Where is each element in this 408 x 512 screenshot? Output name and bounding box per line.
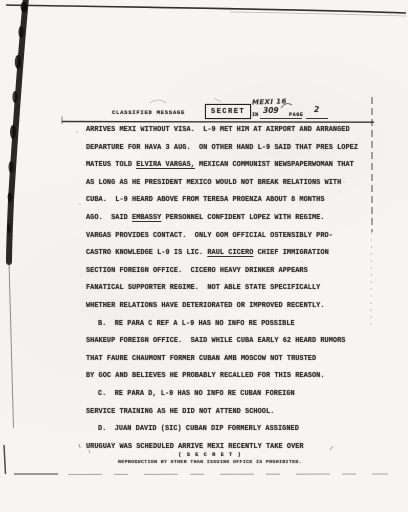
page-footer: ( S E C R E T ) REPRODUCTION BY OTHER TH… xyxy=(55,452,365,467)
cable-line-para-b: B. RE PARA C REF A L-9 HAS NO INFO RE PO… xyxy=(86,316,378,334)
reproduction-notice: REPRODUCTION BY OTHER THAN ISSUING OFFIC… xyxy=(55,459,365,467)
in-label: IN xyxy=(252,112,258,118)
underlined-word: EMBASSY xyxy=(132,214,161,222)
footer-classification: ( S E C R E T ) xyxy=(55,452,365,459)
page-number: 2 xyxy=(314,105,319,114)
in-number-underline xyxy=(260,118,302,119)
cable-line: DEPARTURE FOR HAVA 3 AUG. ON OTHER HAND … xyxy=(86,140,378,158)
scanned-cable-page: CLASSIFIED MESSAGE SECRET MEXI 16 IN 309… xyxy=(0,0,408,512)
cable-line: CASTRO KNOWLEDGE L-9 IS LIC. RAUL CICERO… xyxy=(86,245,378,263)
underlined-name: RAUL CICERO xyxy=(207,249,253,257)
cable-line: SERVICE TRAINING AS HE DID NOT ATTEND SC… xyxy=(86,404,378,422)
cable-line: AGO. SAID EMBASSY PERSONNEL CONFIDENT LO… xyxy=(86,210,378,228)
cable-line-para-c: C. RE PARA D, L-9 HAS NO INFO RE CUBAN F… xyxy=(86,386,378,404)
cable-line: FANATICAL SUPPORTER REGIME. NOT ABLE STA… xyxy=(86,280,378,298)
cable-line: SHAKEUP FOREIGN OFFICE. SAID WHILE CUBA … xyxy=(86,333,378,351)
cable-line: WHETHER RELATIONS HAVE DETERIORATED OR I… xyxy=(86,298,378,316)
cable-line: ARRIVES MEXI WITHOUT VISA. L-9 MET HIM A… xyxy=(86,122,378,140)
cable-line: SECTION FOREIGN OFFICE. CICERO HEAVY DRI… xyxy=(86,263,378,281)
cable-body: ARRIVES MEXI WITHOUT VISA. L-9 MET HIM A… xyxy=(86,122,378,456)
in-number: 309 xyxy=(263,106,279,115)
cable-line: AS LONG AS HE PRESIDENT MEXICO WOULD NOT… xyxy=(86,175,378,193)
cable-line: THAT FAURE CHAUMONT FORMER CUBAN AMB MOS… xyxy=(86,351,378,369)
cable-line: VARGAS PROVIDES CONTACT. ONLY GOM OFFICI… xyxy=(86,228,378,246)
cable-line: BY GOC AND BELIEVES HE PROBABLY RECALLED… xyxy=(86,368,378,386)
cable-line: MATEUS TOLD ELVIRA VARGAS, MEXICAN COMMU… xyxy=(86,157,378,175)
cable-line: CUBA. L-9 HEARD ABOVE FROM TERESA PROENZ… xyxy=(86,192,378,210)
cable-line-para-d: D. JUAN DAVID (SIC) CUBAN DIP FORMERLY A… xyxy=(86,421,378,439)
underlined-name: ELVIRA VARGAS, xyxy=(136,161,195,169)
classification-stamp: SECRET xyxy=(205,104,251,119)
page-label: PAGE xyxy=(289,112,303,118)
page-number-underline xyxy=(306,118,328,119)
form-label: CLASSIFIED MESSAGE xyxy=(112,109,185,116)
